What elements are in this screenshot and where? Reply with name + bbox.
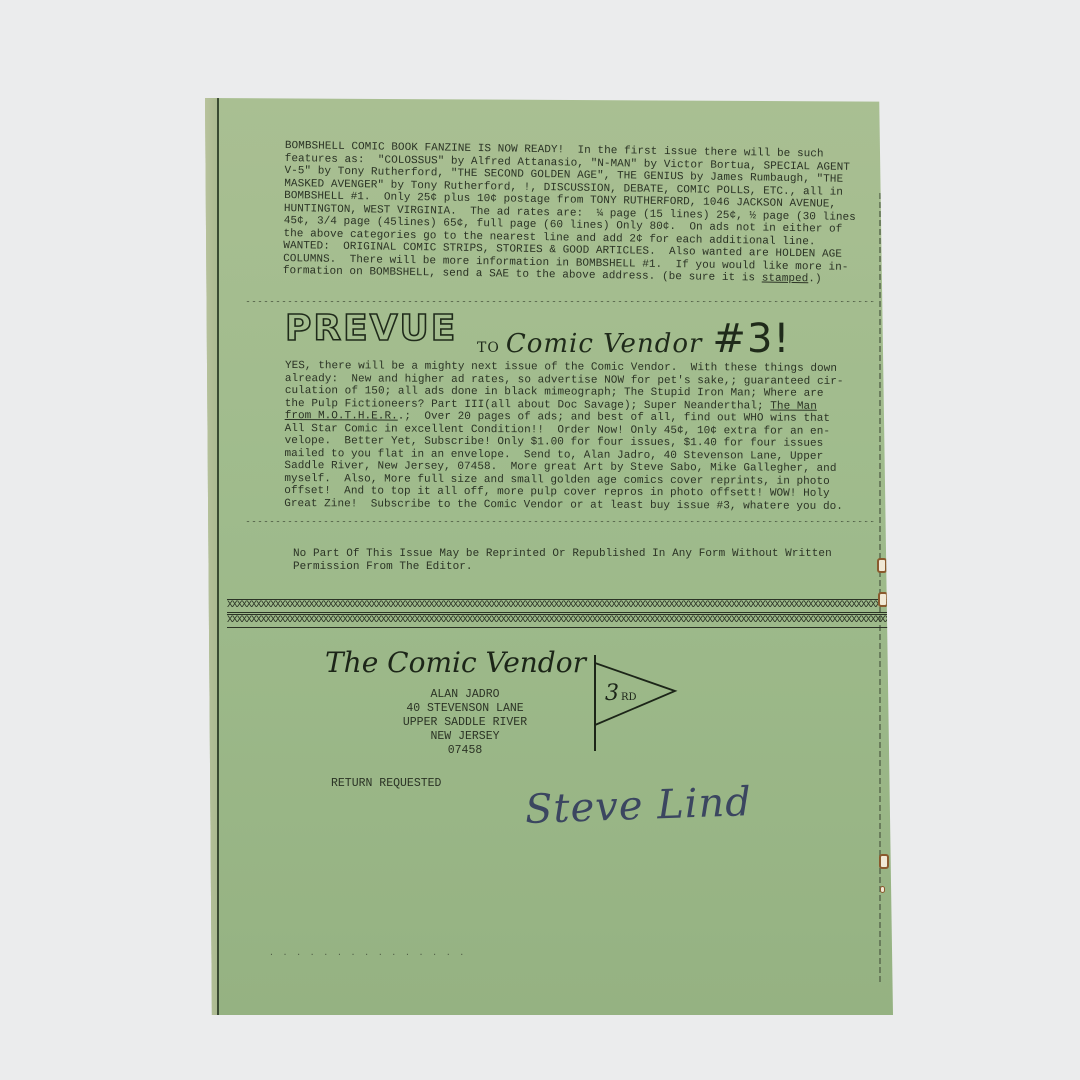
masthead-comic-vendor: The Comic Vendor [325,646,586,679]
return-requested: RETURN REQUESTED [331,777,441,790]
address-line: NEW JERSEY [385,730,545,744]
address-line: 07458 [385,744,545,758]
return-address: ALAN JADRO 40 STEVENSON LANE UPPER SADDL… [385,688,545,758]
pennant-label: 3RD [605,681,637,706]
address-line: UPPER SADDLE RIVER [385,716,545,730]
address-line: ALAN JADRO [385,688,545,702]
prevue-heading: PREVUE TOComic Vendor#3! [285,304,845,360]
bombshell-closing: .) [808,273,821,285]
left-margin-rule [217,98,219,1015]
prevue-bubble-letters: PREVUE [285,308,457,349]
staple-hole-icon [877,558,887,573]
pennant-suffix: RD [621,692,637,703]
x-pattern-rule: XXXXXXXXXXXXXXXXXXXXXXXXXXXXXXXXXXXXXXXX… [227,599,893,613]
prevue-body: YES, there will be a mighty next issue o… [284,360,875,513]
fanzine-page: BOMBSHELL COMIC BOOK FANZINE IS NOW READ… [205,98,893,1015]
staple-hole-icon [878,592,888,607]
staple-hole-icon [880,886,885,893]
address-line: 40 STEVENSON LANE [385,702,545,716]
copyright-notice: No Part Of This Issue May be Reprinted O… [293,548,883,573]
prevue-to: TO [477,340,500,356]
pennant-number: 3 [605,681,619,706]
prevue-text-2: .; Over 20 pages of ads; and best of all… [284,411,843,513]
staple-hole-icon [879,854,889,869]
prevue-script-title: TOComic Vendor#3! [477,316,790,362]
bombshell-ad-text: BOMBSHELL COMIC BOOK FANZINE IS NOW READ… [283,140,856,285]
prevue-text-1: YES, there will be a mighty next issue o… [285,360,844,412]
faint-marks: . . . . . . . . . . . . . . . [269,949,466,958]
asterisk-divider: ****************************************… [245,521,875,529]
handwritten-recipient-name: Steve Lind [524,779,752,833]
bombshell-ad: BOMBSHELL COMIC BOOK FANZINE IS NOW READ… [283,140,875,287]
prevue-issue-number: #3! [712,316,790,362]
x-pattern-rule: XXXXXXXXXXXXXXXXXXXXXXXXXXXXXXXXXXXXXXXX… [227,614,893,628]
prevue-comic-vendor: Comic Vendor [506,329,703,359]
stamped-word: stamped [762,273,809,286]
